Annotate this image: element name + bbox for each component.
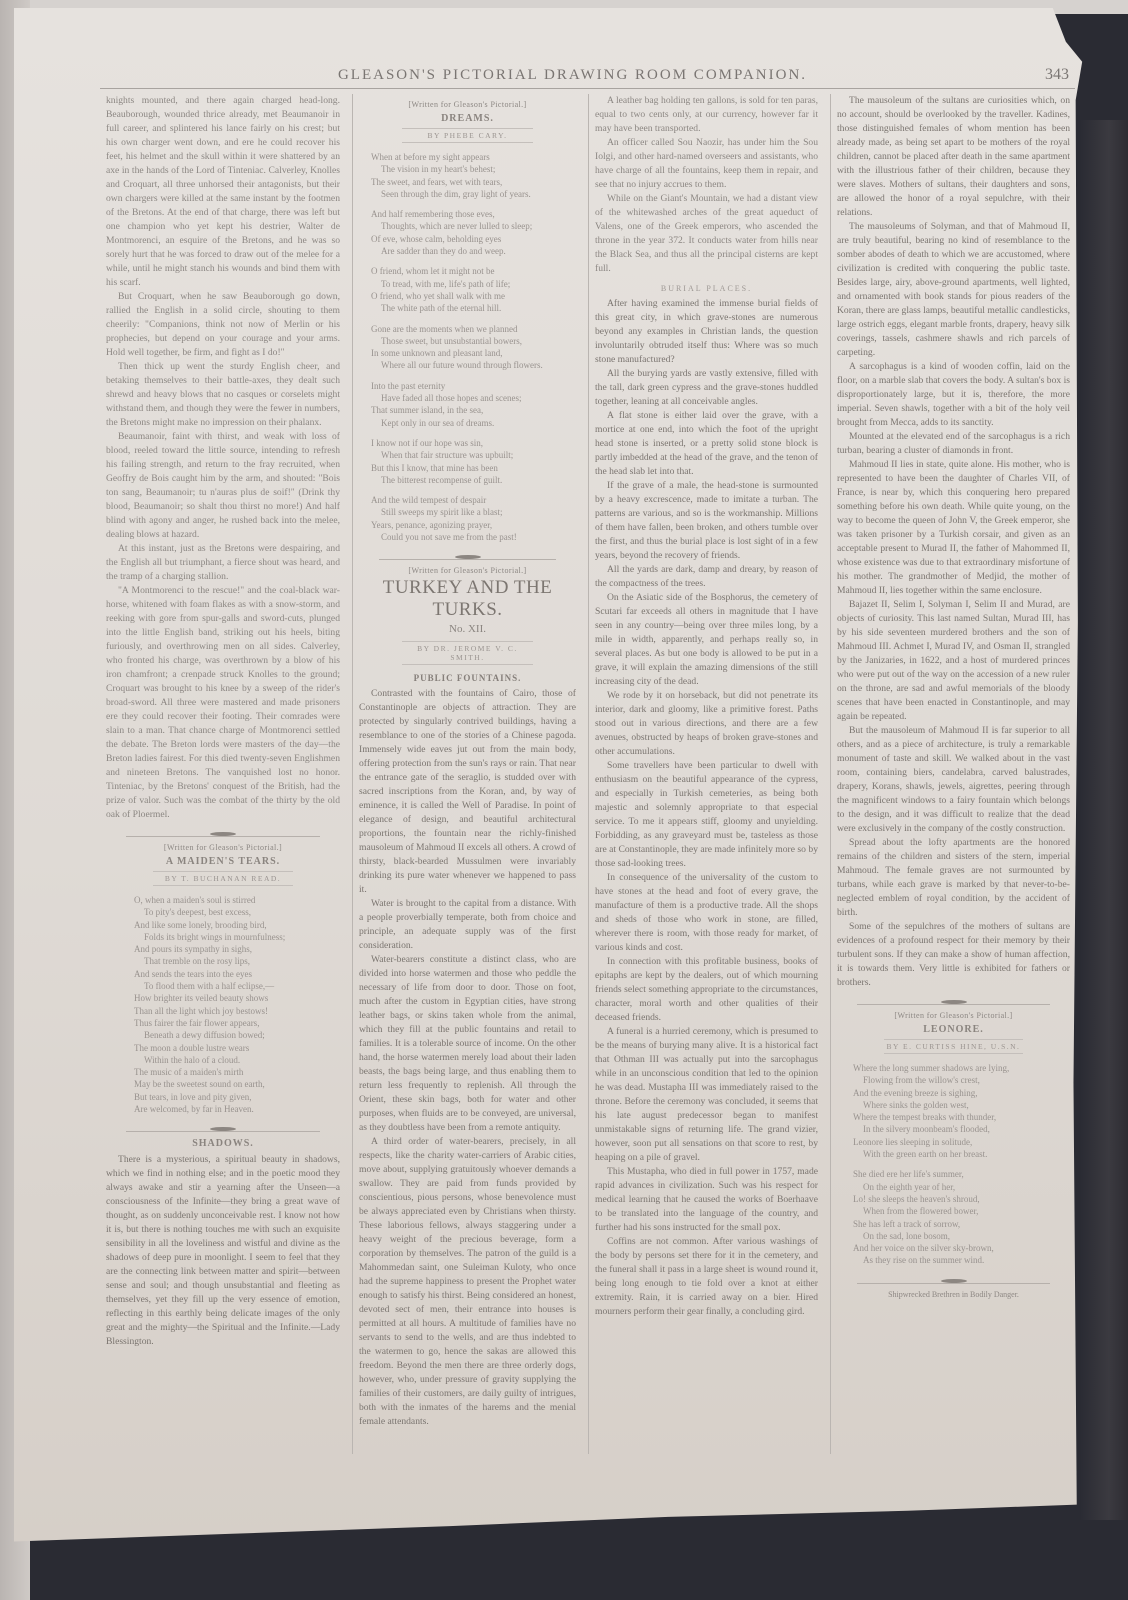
ornamental-divider [379,551,556,560]
poem-stanza: And the wild tempest of despair Still sw… [371,494,576,543]
poem-line: On the eighth year of her, [853,1181,1070,1193]
poem-line: The bitterest recompense of guilt. [371,474,576,486]
poem-line: I know not if our hope was sin, [371,437,576,449]
poem-line: Those sweet, but unsubstantial bowers, [371,335,576,347]
poem-line: Gone are the moments when we planned [371,323,576,335]
poem-line: And sends the tears into the eyes [134,968,340,980]
poem-line: Within the halo of a cloud. [134,1054,340,1066]
poem-title: DREAMS. [359,113,576,124]
column-2: [Written for Gleason's Pictorial.] DREAM… [352,94,582,1454]
poem-line: Thus fairer the fair flower appears, [134,1017,340,1029]
paragraph: If the grave of a male, the head-stone i… [595,479,818,563]
poem-line: The white path of the eternal hill. [371,302,576,314]
poem-line: With the green earth on her breast. [853,1148,1070,1160]
poem-line: The moon a double lustre wears [134,1042,340,1054]
poem-line: In some unknown and pleasant land, [371,347,576,359]
paragraph: In connection with this profitable busin… [595,955,818,1025]
paragraph: In consequence of the universality of th… [595,871,818,955]
poem-line: Have faded all those hopes and scenes; [371,392,576,404]
poem-line: Where the long summer shadows are lying, [853,1062,1070,1074]
paragraph: All the burying yards are vastly extensi… [595,367,818,409]
poem-line: In the silvery moonbeam's flooded, [853,1123,1070,1135]
page-edge-shadow [1080,120,1128,1520]
poem-line: On the sad, lone bosom, [853,1230,1070,1242]
poem-stanza: When at before my sight appears The visi… [371,151,576,200]
poem-stanza: Into the past eternity Have faded all th… [371,380,576,429]
poem-line: Leonore lies sleeping in solitude, [853,1136,1070,1148]
paragraph: An officer called Sou Naozir, has under … [595,136,818,192]
poem-line: The sweet, and fears, wet with tears, [371,176,576,188]
poem-line: Of eve, whose calm, beholding eyes [371,233,576,245]
paragraph: A funeral is a hurried ceremony, which i… [595,1025,818,1165]
paragraph: Beaumanoir, faint with thirst, and weak … [106,430,340,542]
poem-line: When that fair structure was upbuilt; [371,449,576,461]
poem-line: She has left a track of sorrow, [853,1218,1070,1230]
paragraph: After having examined the immense burial… [595,297,818,367]
poem-stanza: Gone are the moments when we planned Tho… [371,323,576,372]
poem-line: And the wild tempest of despair [371,494,576,506]
poem-line: And pours its sympathy in sighs, [134,943,340,955]
article-note: [Written for Gleason's Pictorial.] [359,566,576,575]
ornamental-divider [126,828,320,837]
paragraph: On the Asiatic side of the Bosphorus, th… [595,591,818,689]
poem-line: To flood them with a half eclipse,— [134,980,340,992]
footnote: Shipwrecked Brethren in Bodily Danger. [837,1290,1070,1299]
paragraph: Spread about the lofty apartments are th… [837,836,1070,920]
poem-line: And like some lonely, brooding bird, [134,919,340,931]
paragraph: The mausoleum of the sultans are curiosi… [837,94,1070,220]
poem-line: Where all our future wound through flowe… [371,359,576,371]
poem-line: Folds its bright wings in mournfulness; [134,931,340,943]
poem-author: BY E. CURTISS HINE, U.S.N. [884,1039,1024,1054]
poem-line: And the evening breeze is sighing, [853,1087,1070,1099]
ornamental-divider [857,996,1050,1005]
paragraph: All the yards are dark, damp and dreary,… [595,563,818,591]
publication-title: Gleason's Pictorial Drawing Room Compani… [100,67,1045,84]
poem-line: Where sinks the golden west, [853,1099,1070,1111]
paragraph: Water-bearers constitute a distinct clas… [359,953,576,1135]
article-columns: knights mounted, and there again charged… [100,94,1075,1454]
paragraph: A flat stone is either laid over the gra… [595,409,818,479]
poem-line: Are sadder than they do and weep. [371,245,576,257]
paragraph: knights mounted, and there again charged… [106,94,340,290]
section-heading: PUBLIC FOUNTAINS. [359,673,576,683]
paragraph: A leather bag holding ten gallons, is so… [595,94,818,136]
poem-line: Into the past eternity [371,380,576,392]
poem-title: A MAIDEN'S TEARS. [106,856,340,867]
poem-line: May be the sweetest sound on earth, [134,1078,340,1090]
poem-line: But tears, in love and pity given, [134,1091,340,1103]
poem-line: But this I know, that mine has been [371,462,576,474]
poem-stanza: O, when a maiden's soul is stirred To pi… [134,894,340,1115]
column-1: knights mounted, and there again charged… [100,94,346,1454]
poem-note: [Written for Gleason's Pictorial.] [106,843,340,852]
paragraph: Mounted at the elevated end of the sarco… [837,430,1070,458]
paragraph: A third order of water-bearers, precisel… [359,1135,576,1429]
paragraph: Mahmoud II lies in state, quite alone. H… [837,458,1070,598]
poem-line: As they rise on the summer wind. [853,1254,1070,1266]
poem-stanza: I know not if our hope was sin, When tha… [371,437,576,486]
poem-line: Where the tempest breaks with thunder, [853,1111,1070,1123]
poem-line: That tremble on the rosy lips, [134,955,340,967]
article-author: BY DR. JEROME V. C. SMITH. [402,641,532,665]
poem-line: That summer island, in the sea, [371,404,576,416]
poem-line: O friend, whom let it might not be [371,265,576,277]
section-title: SHADOWS. [106,1138,340,1149]
article-number: No. XII. [359,623,576,635]
poem-title: LEONORE. [837,1024,1070,1035]
paragraph: Some of the sepulchres of the mothers of… [837,920,1070,990]
poem-line: O friend, who yet shall walk with me [371,290,576,302]
page-header: Gleason's Pictorial Drawing Room Compani… [100,62,1075,89]
paragraph: Coffins are not common. After various wa… [595,1235,818,1319]
paragraph: "A Montmorenci to the rescue!" and the c… [106,584,340,822]
column-3: A leather bag holding ten gallons, is so… [588,94,824,1454]
poem-note: [Written for Gleason's Pictorial.] [359,100,576,109]
poem-line: Flowing from the willow's crest, [853,1074,1070,1086]
article-title: TURKEY AND THE TURKS. [359,577,576,621]
poem-line: When at before my sight appears [371,151,576,163]
poem-line: Years, penance, agonizing prayer, [371,519,576,531]
poem-line: Lo! she sleeps the heaven's shroud, [853,1193,1070,1205]
poem-line: And her voice on the silver sky-brown, [853,1242,1070,1254]
ornamental-divider [126,1123,320,1132]
column-4: The mausoleum of the sultans are curiosi… [830,94,1076,1454]
paragraph: Some travellers have been particular to … [595,759,818,871]
poem-line: Seen through the dim, gray light of year… [371,188,576,200]
poem-stanza: Where the long summer shadows are lying,… [853,1062,1070,1160]
poem-line: O, when a maiden's soul is stirred [134,894,340,906]
poem-stanza: She died ere her life's summer, On the e… [853,1168,1070,1266]
poem-line: Are welcomed, by far in Heaven. [134,1103,340,1115]
poem-line: Kept only in our sea of dreams. [371,417,576,429]
poem-line: She died ere her life's summer, [853,1168,1070,1180]
poem-line: The vision in my heart's behest; [371,163,576,175]
paragraph: While on the Giant's Mountain, we had a … [595,192,818,276]
paragraph: There is a mysterious, a spiritual beaut… [106,1153,340,1349]
poem-stanza: O friend, whom let it might not be To tr… [371,265,576,314]
poem-line: When from the flowered bower, [853,1205,1070,1217]
poem-author: BY PHEBE CARY. [402,128,532,143]
paragraph: But Croquart, when he saw Beauborough go… [106,290,340,360]
paragraph: At this instant, just as the Bretons wer… [106,542,340,584]
paragraph: Water is brought to the capital from a d… [359,897,576,953]
poem-line: Than all the light which joy bestows! [134,1005,340,1017]
poem-line: And half remembering those eves, [371,208,576,220]
paragraph: Contrasted with the fountains of Cairo, … [359,687,576,897]
page-number: 343 [1045,66,1069,84]
poem-line: Could you not save me from the past! [371,531,576,543]
paragraph: A sarcophagus is a kind of wooden coffin… [837,360,1070,430]
poem-line: To pity's deepest, best excess, [134,906,340,918]
paragraph: We rode by it on horseback, but did not … [595,689,818,759]
poem-line: Beneath a dewy diffusion bowed; [134,1029,340,1041]
poem-line: To tread, with me, life's path of life; [371,278,576,290]
poem-line: How brighter its veiled beauty shows [134,992,340,1004]
poem-stanza: And half remembering those eves, Thought… [371,208,576,257]
paragraph: Then thick up went the sturdy English ch… [106,360,340,430]
paragraph: Bajazet II, Selim I, Solyman I, Selim II… [837,598,1070,724]
poem-line: Thoughts, which are never lulled to slee… [371,220,576,232]
ornamental-divider [857,1275,1050,1284]
poem-line: Still sweeps my spirit like a blast; [371,506,576,518]
paragraph: This Mustapha, who died in full power in… [595,1165,818,1235]
paragraph: But the mausoleum of Mahmoud II is far s… [837,724,1070,836]
section-heading: BURIAL PLACES. [595,284,818,293]
poem-author: BY T. BUCHANAN READ. [153,871,293,886]
paragraph: The mausoleums of Solyman, and that of M… [837,220,1070,360]
poem-line: The music of a maiden's mirth [134,1066,340,1078]
poem-note: [Written for Gleason's Pictorial.] [837,1011,1070,1020]
